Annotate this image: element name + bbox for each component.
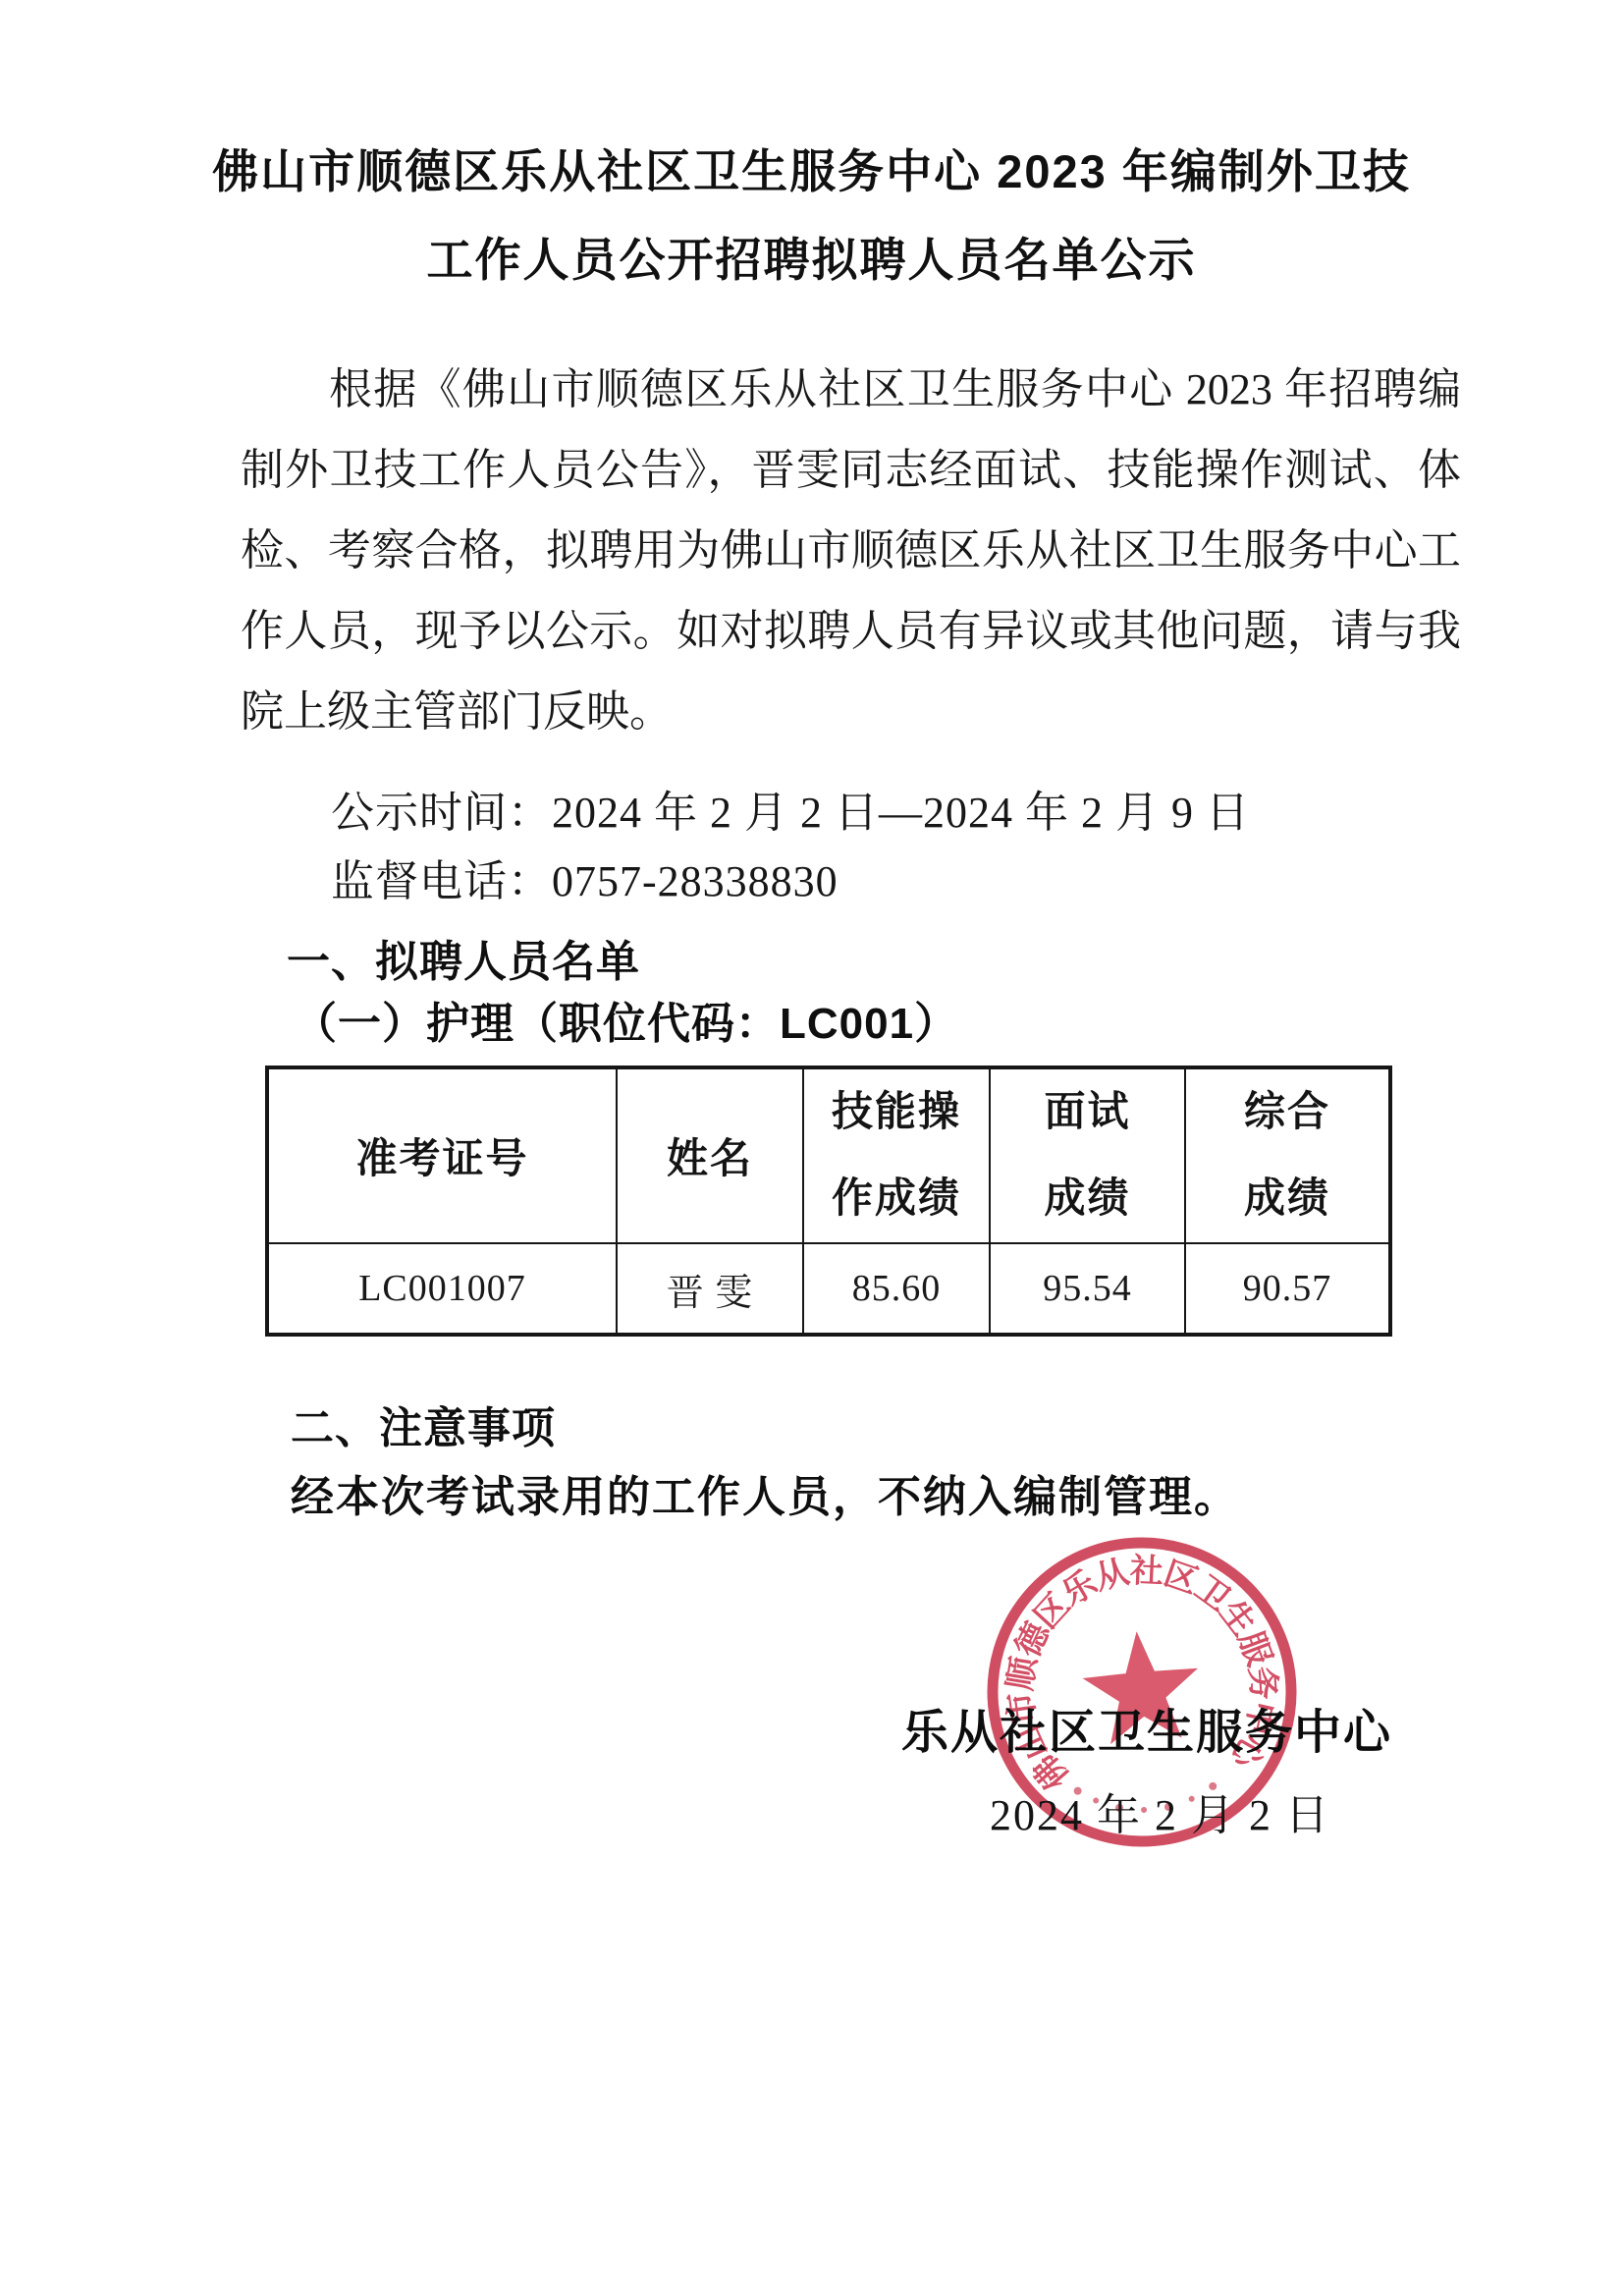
title-line-2: 工作人员公开招聘拟聘人员名单公示 bbox=[0, 216, 1623, 304]
col-header-interview-score-line1: 面试 bbox=[991, 1069, 1184, 1156]
section-2-note: 经本次考试录用的工作人员，不纳入编制管理。 bbox=[291, 1468, 1239, 1527]
candidate-score-table: 准考证号 姓名 技能操 作成绩 面试 成绩 综合 成绩 bbox=[265, 1066, 1392, 1337]
publicity-period-line: 公示时间：2024 年 2 月 2 日—2024 年 2 月 9 日 bbox=[331, 784, 1250, 843]
document-title: 佛山市顺德区乐从社区卫生服务中心 2023 年编制外卫技 工作人员公开招聘拟聘人… bbox=[0, 128, 1623, 304]
col-header-exam-number: 准考证号 bbox=[267, 1067, 617, 1243]
body-paragraph: 根据《佛山市顺德区乐从社区卫生服务中心 2023 年招聘编制外卫技工作人员公告》… bbox=[241, 350, 1461, 752]
announcement-page: 佛山市顺德区乐从社区卫生服务中心 2023 年编制外卫技 工作人员公开招聘拟聘人… bbox=[0, 0, 1623, 2296]
col-header-skill-score: 技能操 作成绩 bbox=[803, 1067, 990, 1243]
cell-overall-score: 90.57 bbox=[1185, 1243, 1390, 1335]
cell-exam-number: LC001007 bbox=[267, 1243, 617, 1335]
table-header-row: 准考证号 姓名 技能操 作成绩 面试 成绩 综合 成绩 bbox=[267, 1067, 1390, 1243]
cell-interview-score: 95.54 bbox=[990, 1243, 1185, 1335]
section-1-heading: 一、拟聘人员名单 bbox=[287, 933, 640, 992]
signature-org-name: 乐从社区卫生服务中心 bbox=[901, 1704, 1392, 1763]
supervision-phone-line: 监督电话：0757-28338830 bbox=[331, 852, 839, 911]
col-header-skill-score-line2: 作成绩 bbox=[804, 1156, 989, 1242]
col-header-name-label: 姓名 bbox=[667, 1137, 753, 1182]
cell-name: 晋 雯 bbox=[617, 1243, 803, 1335]
col-header-exam-number-label: 准考证号 bbox=[355, 1137, 528, 1182]
col-header-name: 姓名 bbox=[617, 1067, 803, 1243]
table-row: LC001007 晋 雯 85.60 95.54 90.57 bbox=[267, 1243, 1390, 1335]
signature-date: 2024 年 2 月 2 日 bbox=[990, 1786, 1330, 1845]
section-2-heading: 二、注意事项 bbox=[291, 1399, 556, 1458]
cell-skill-score: 85.60 bbox=[803, 1243, 990, 1335]
col-header-overall-score-line1: 综合 bbox=[1186, 1069, 1388, 1156]
col-header-skill-score-line1: 技能操 bbox=[804, 1069, 989, 1156]
section-1-subheading: （一）护理（职位代码：LC001） bbox=[294, 995, 958, 1054]
col-header-interview-score: 面试 成绩 bbox=[990, 1067, 1185, 1243]
col-header-overall-score: 综合 成绩 bbox=[1185, 1067, 1390, 1243]
title-line-1: 佛山市顺德区乐从社区卫生服务中心 2023 年编制外卫技 bbox=[0, 128, 1623, 216]
col-header-overall-score-line2: 成绩 bbox=[1186, 1156, 1388, 1242]
col-header-interview-score-line2: 成绩 bbox=[991, 1156, 1184, 1242]
